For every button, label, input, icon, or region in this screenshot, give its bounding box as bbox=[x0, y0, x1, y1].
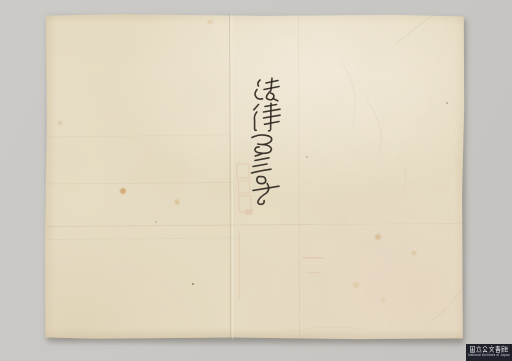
document-page bbox=[45, 13, 465, 341]
archive-watermark: 国立公文書館 National Archives of Japan bbox=[466, 344, 512, 361]
document-title-text: 法律第三号 bbox=[0, 0, 1, 1]
scan-background: 法律第三号 国立公文書館 National Archives of Japan bbox=[0, 0, 512, 361]
watermark-english-text: National Archives of Japan bbox=[468, 354, 510, 358]
paper-texture bbox=[45, 13, 465, 341]
